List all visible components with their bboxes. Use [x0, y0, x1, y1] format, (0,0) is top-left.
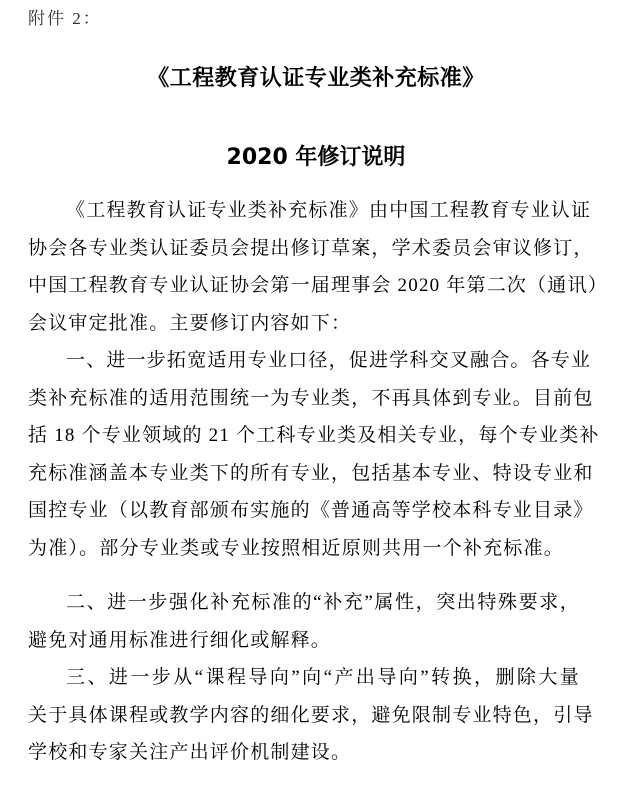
- document-subtitle: 2020 年修订说明: [0, 143, 632, 173]
- paragraph-intro: 《工程教育认证专业类补充标准》由中国工程教育专业认证 协会各专业类认证委员会提出…: [28, 192, 580, 342]
- paragraph-line: 国控专业（以教育部颁布实施的《普通高等学校本科专业目录》: [28, 492, 580, 530]
- document-title: 《工程教育认证专业类补充标准》: [0, 64, 632, 94]
- paragraph-line: 关于具体课程或教学内容的细化要求，避免限制专业特色，引导: [28, 697, 580, 735]
- paragraph-item-1: 一、进一步拓宽适用专业口径，促进学科交叉融合。各专业 类补充标准的适用范围统一为…: [28, 342, 580, 567]
- paragraph-line: 学校和专家关注产出评价机制建设。: [28, 734, 580, 772]
- paragraph-line: 二、进一步强化补充标准的“补充”属性，突出特殊要求，: [28, 584, 580, 622]
- paragraph-line: 类补充标准的适用范围统一为专业类，不再具体到专业。目前包: [28, 380, 580, 418]
- paragraph-line: 括 18 个专业领域的 21 个工科专业类及相关专业，每个专业类补: [28, 417, 580, 455]
- paragraph-line: 三、进一步从“课程导向”向“产出导向”转换，删除大量: [28, 659, 580, 697]
- paragraph-line: 充标准涵盖本专业类下的所有专业，包括基本专业、特设专业和: [28, 455, 580, 493]
- paragraph-line: 避免对通用标准进行细化或解释。: [28, 622, 580, 660]
- paragraph-line: 为准）。部分专业类或专业按照相近原则共用一个补充标准。: [28, 530, 580, 568]
- paragraph-item-3: 三、进一步从“课程导向”向“产出导向”转换，删除大量 关于具体课程或教学内容的细…: [28, 659, 580, 772]
- paragraph-line: 协会各专业类认证委员会提出修订草案，学术委员会审议修订，: [28, 230, 580, 268]
- attachment-label: 附件 2：: [28, 8, 102, 30]
- paragraph-item-2: 二、进一步强化补充标准的“补充”属性，突出特殊要求， 避免对通用标准进行细化或解…: [28, 584, 580, 659]
- paragraph-line: 会议审定批准。主要修订内容如下：: [28, 305, 580, 343]
- paragraph-line: 一、进一步拓宽适用专业口径，促进学科交叉融合。各专业: [28, 342, 580, 380]
- paragraph-line: 《工程教育认证专业类补充标准》由中国工程教育专业认证: [28, 192, 580, 230]
- paragraph-line: 中国工程教育专业认证协会第一届理事会 2020 年第二次（通讯）: [28, 267, 580, 305]
